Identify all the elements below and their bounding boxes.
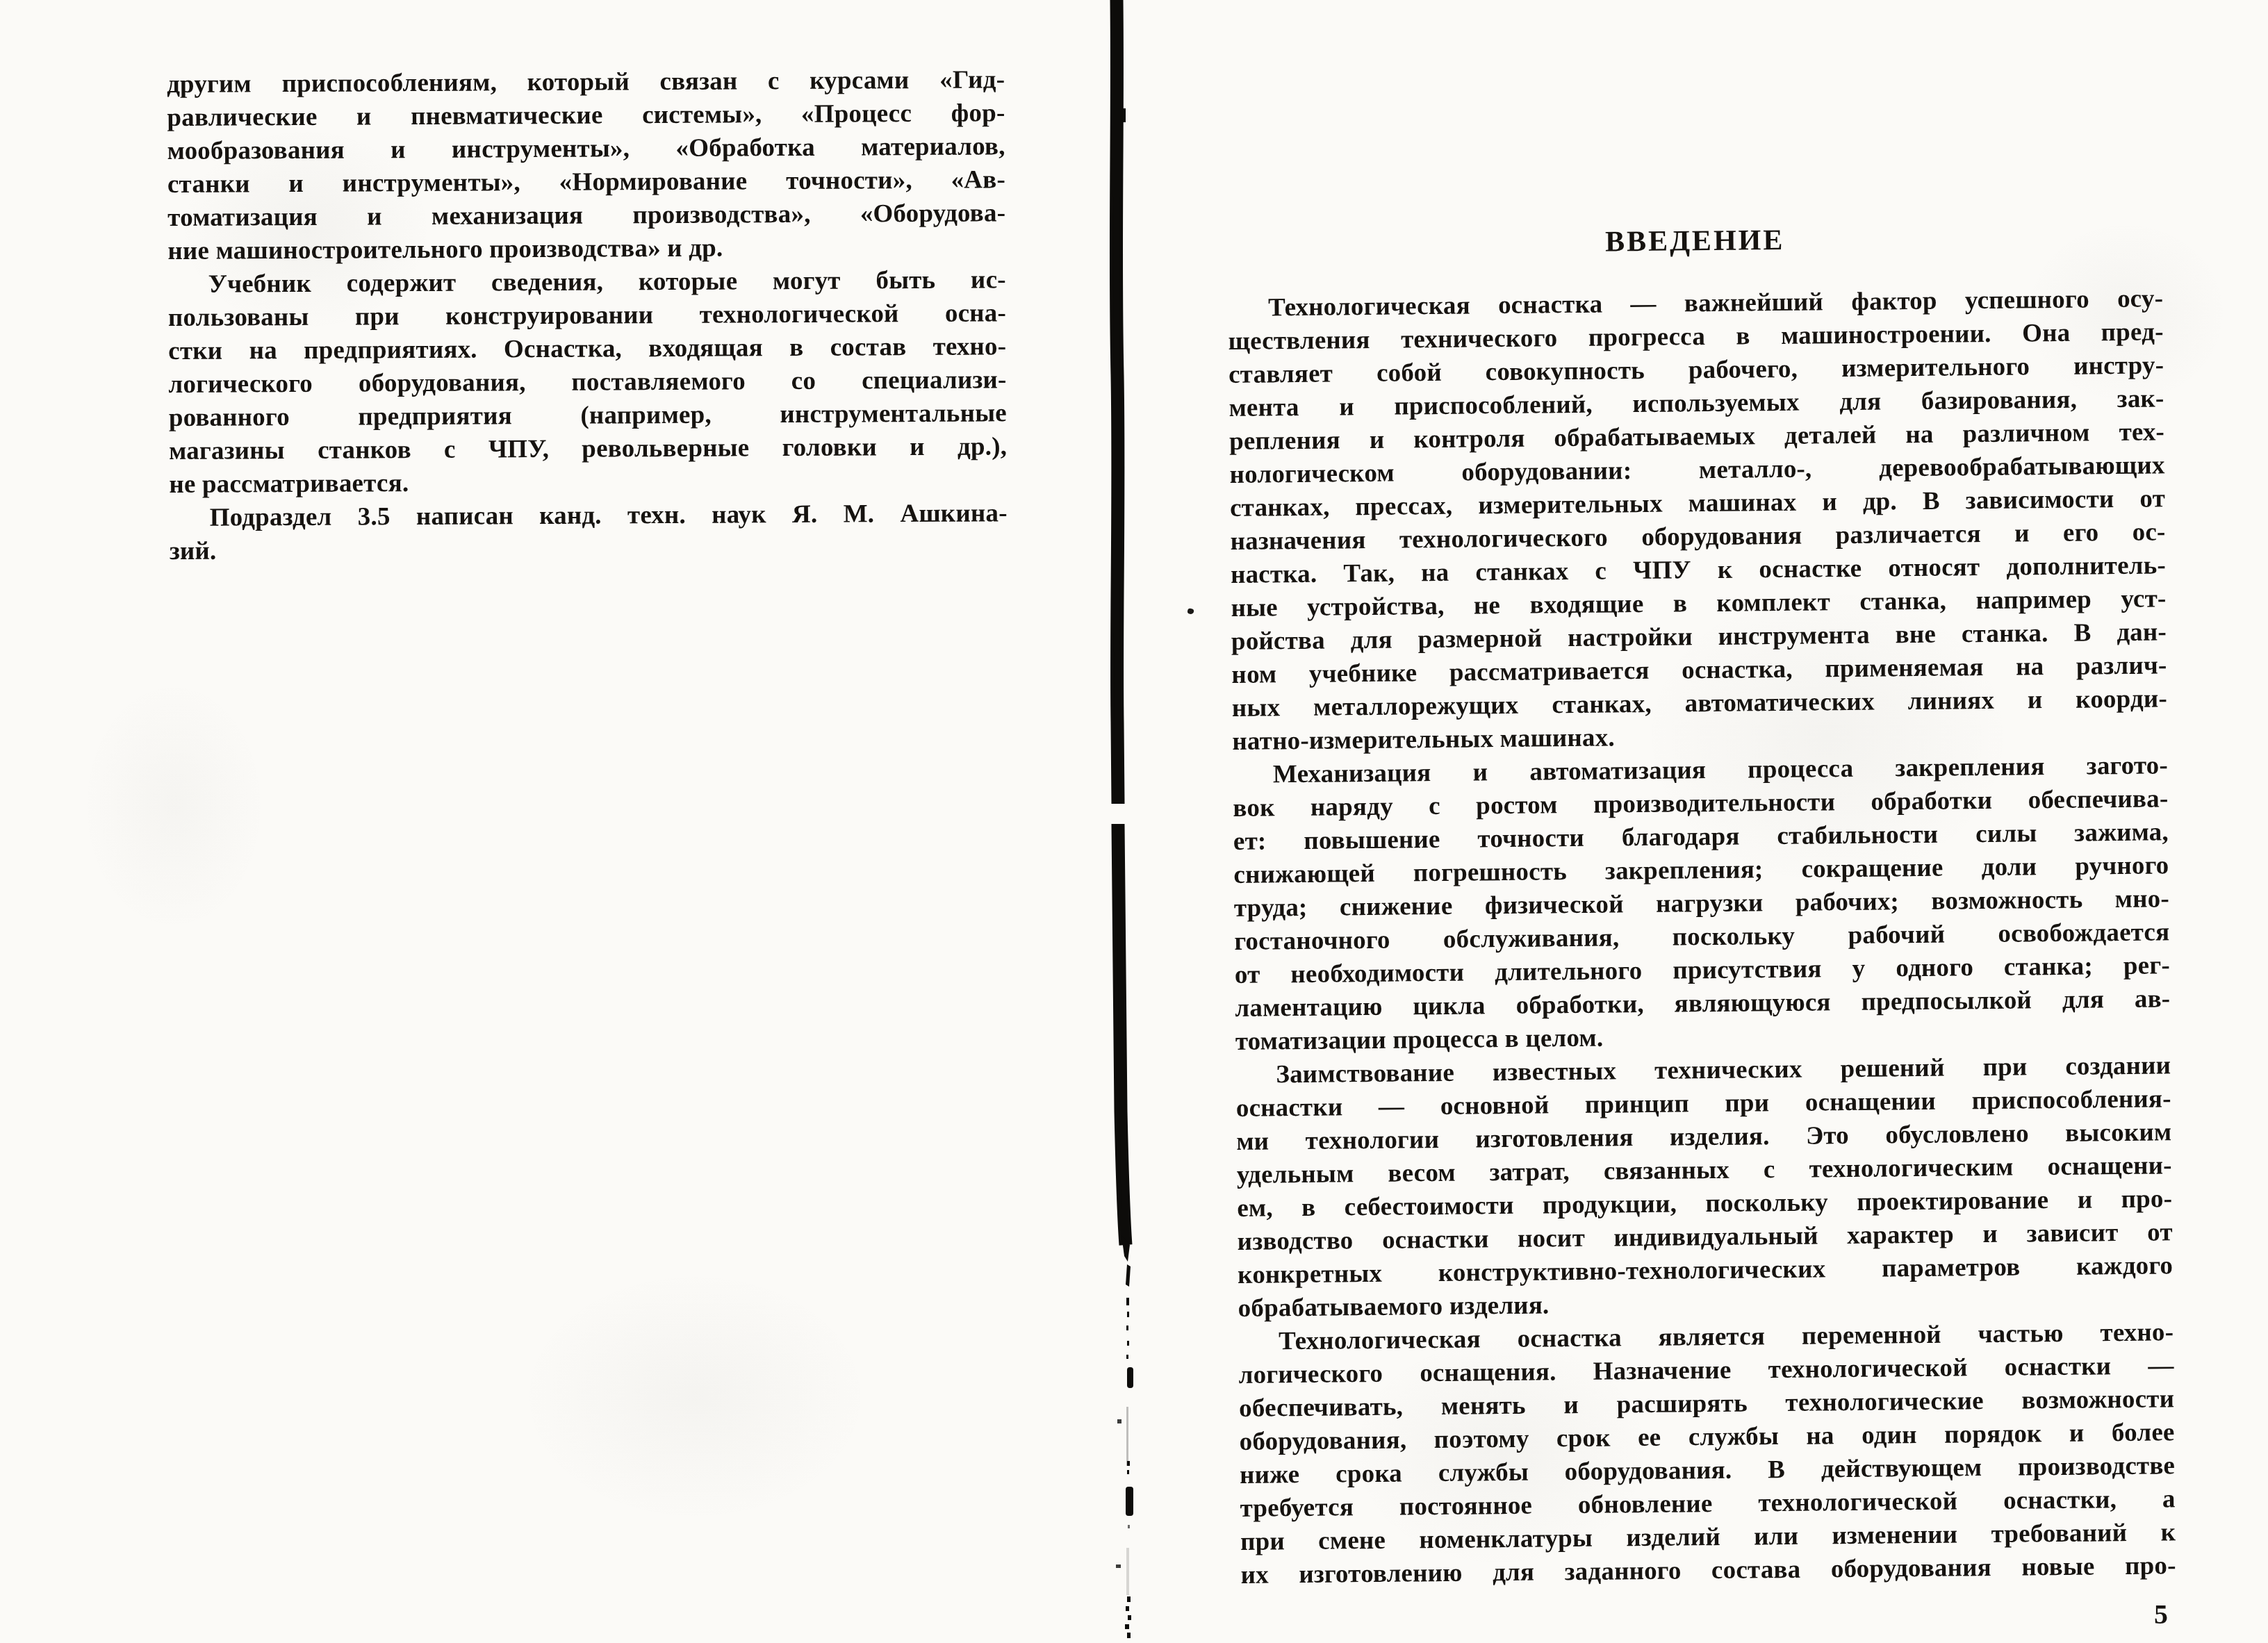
text-line: томатизация и механизация производства»,… [167, 197, 1005, 235]
text-line: Подраздел 3.5 написан канд. техн. наук Я… [169, 497, 1007, 535]
text-line: стки на предприятиях. Оснастка, входящая… [168, 330, 1006, 368]
section-title: ВВЕДЕНИЕ [1227, 220, 2162, 263]
text-line: логического оборудования, поставляемого … [168, 363, 1006, 402]
book-gutter-shadow [1098, 0, 1167, 1643]
text-line: Учебник содержит сведения, которые могут… [168, 263, 1006, 302]
text-line: станки и инструменты», «Нормирование точ… [167, 163, 1005, 201]
page-number: 5 [2140, 1598, 2182, 1630]
text-line: другим приспособлениям, который связан с… [167, 63, 1005, 101]
text-line: магазины станков с ЧПУ, револьверные гол… [169, 430, 1007, 468]
text-line: рованного предприятия (например, инструм… [169, 397, 1007, 435]
paper-stain [445, 1216, 945, 1577]
paper-stain [42, 625, 306, 986]
text-line: пользованы при конструировании технологи… [168, 297, 1006, 335]
text-line: ние машиностроительного производства» и … [167, 230, 1005, 268]
right-page-text-block: ВВЕДЕНИЕ Технологическая оснастка — важн… [1227, 220, 2176, 1592]
text-line: мообразования и инструменты», «Обработка… [167, 130, 1005, 168]
text-line: зий. [170, 530, 1008, 568]
gutter-streak-graphic [1098, 0, 1167, 1643]
ink-speck [1187, 608, 1194, 615]
text-line: равлические и пневматические системы», «… [167, 97, 1005, 135]
left-page-text-block: другим приспособлениям, который связан с… [167, 63, 1008, 568]
text-line: не рассматривается. [169, 463, 1007, 502]
